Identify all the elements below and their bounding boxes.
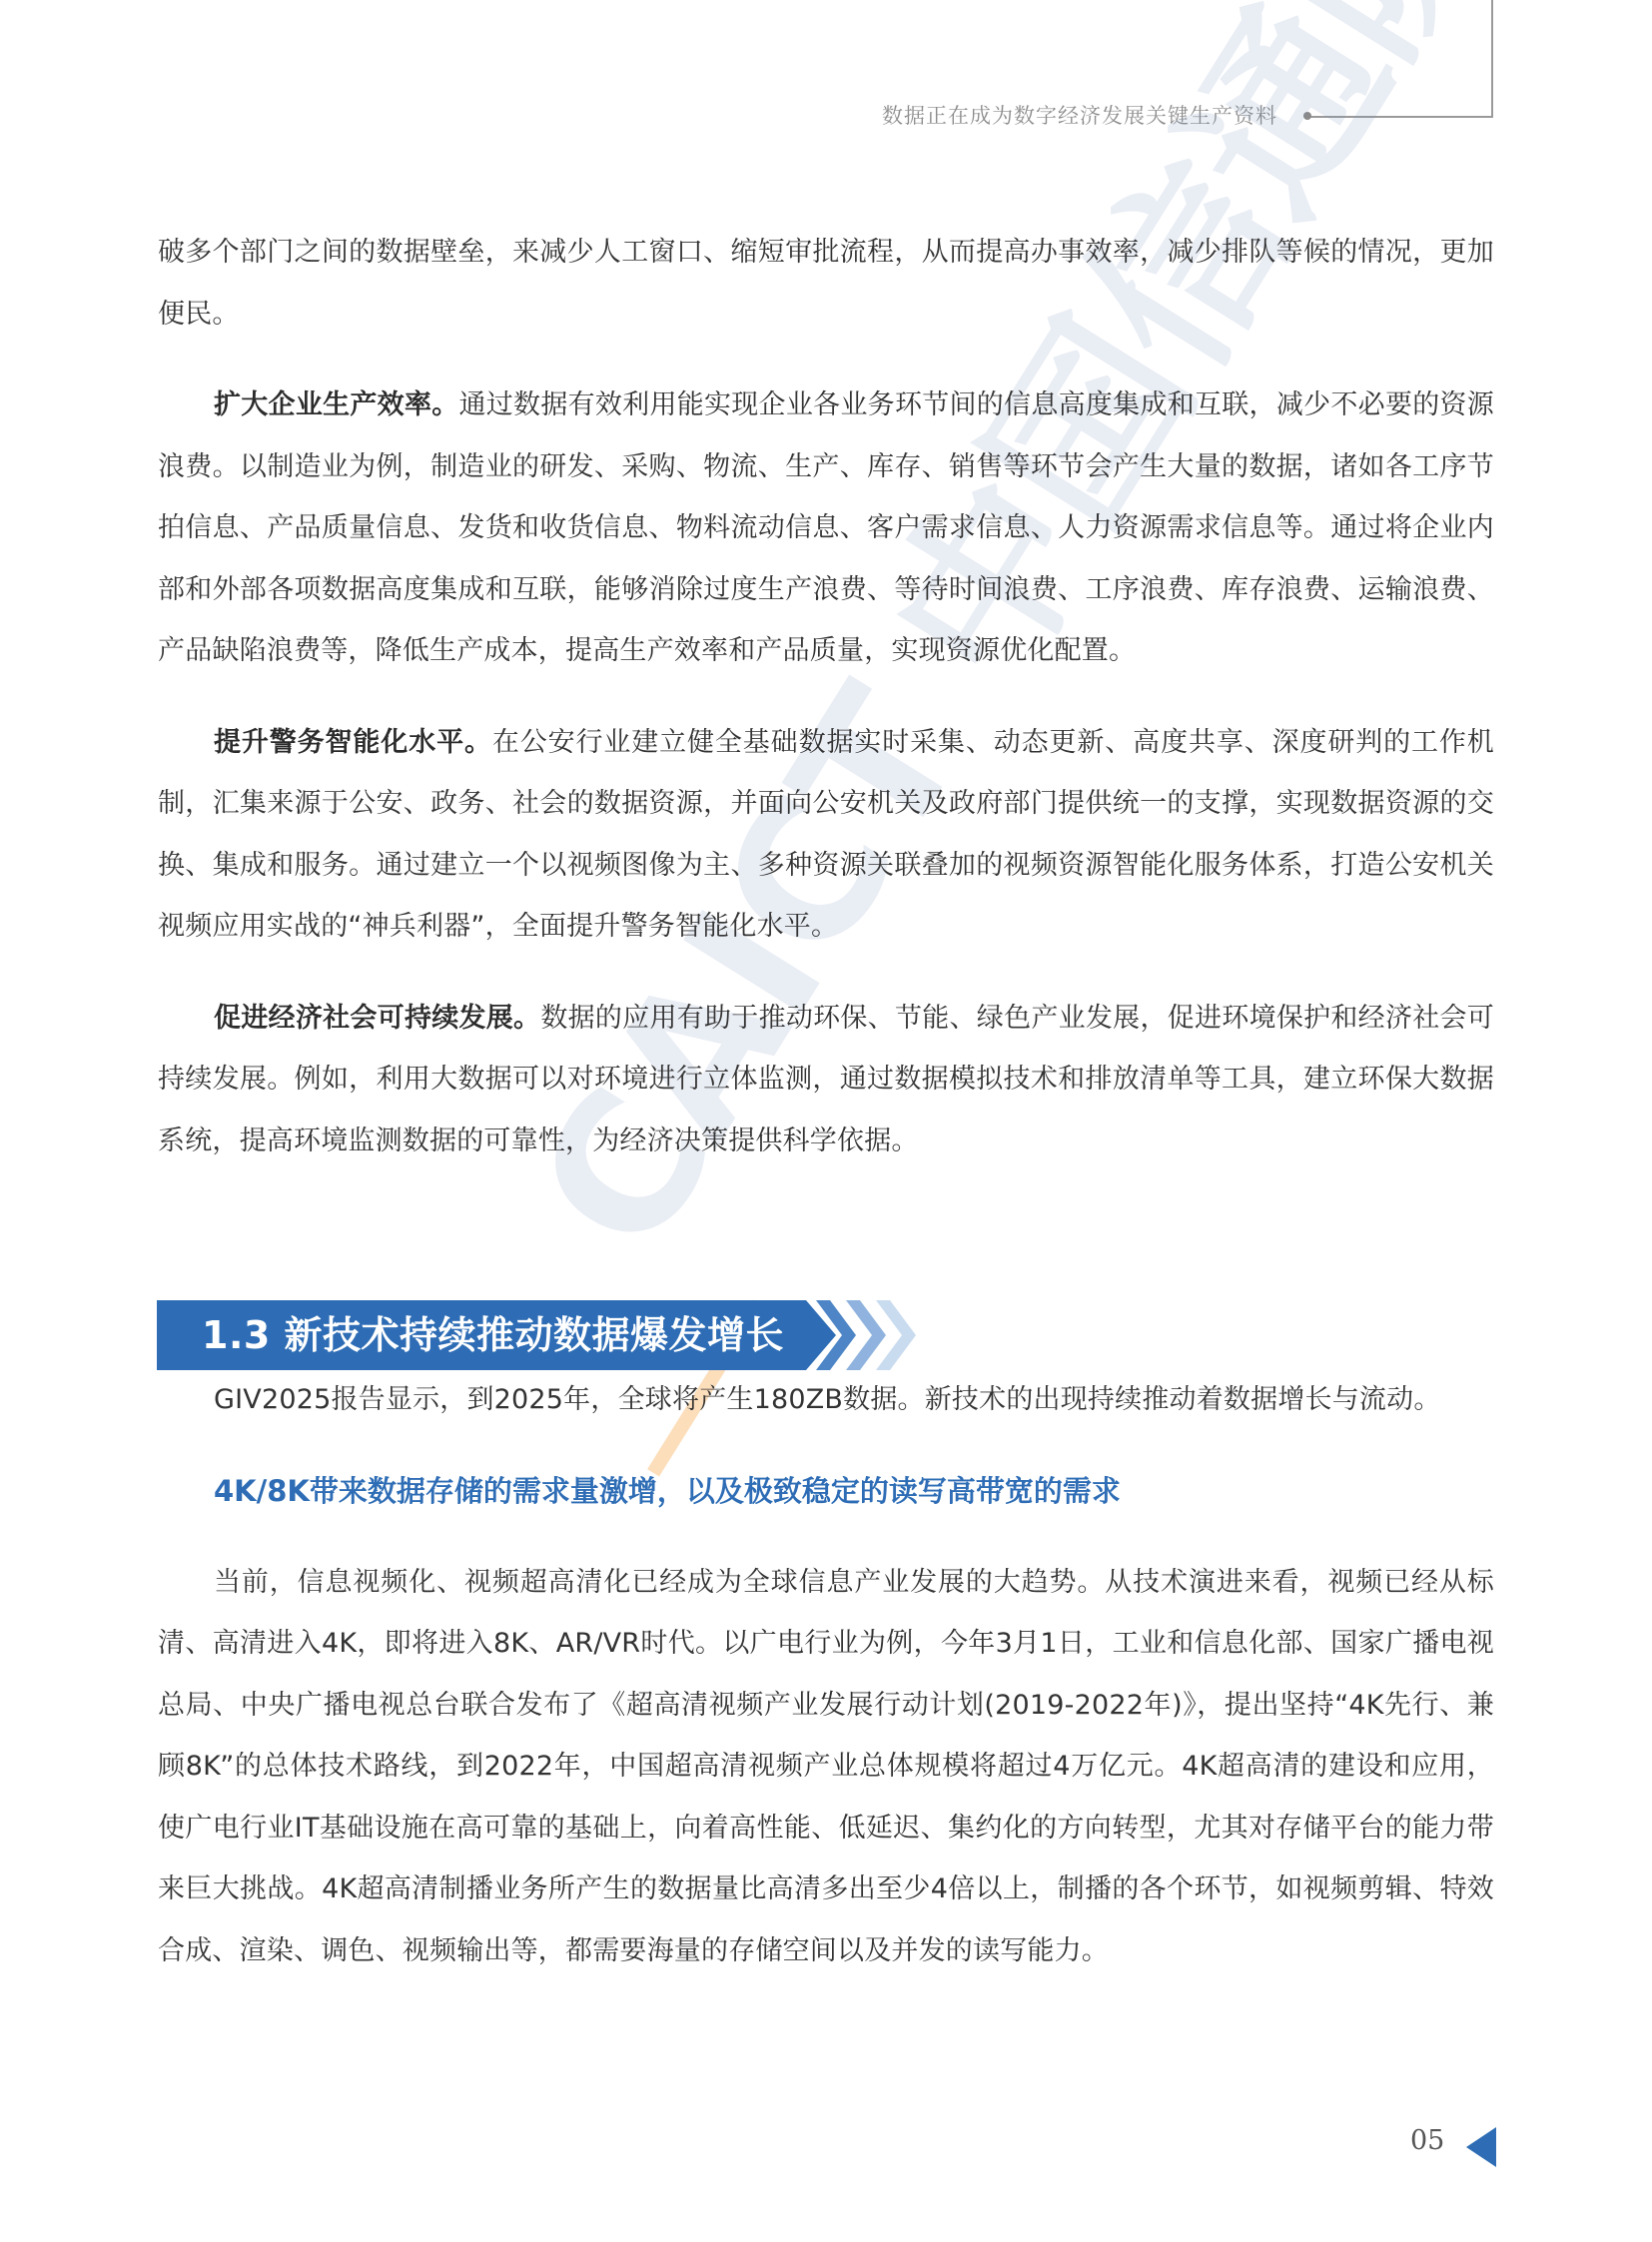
paragraph-text: 通过数据有效利用能实现企业各业务环节间的信息高度集成和互联，减少不必要的资源浪费… [158,389,1494,666]
paragraph-bold-lead: 促进经济社会可持续发展。 [214,1003,540,1034]
section-banner: 1.3 新技术持续推动数据爆发增长 [157,1300,916,1370]
section-subheading: 4K/8K带来数据存储的需求量激增，以及极致稳定的读写高带宽的需求 [214,1461,1494,1522]
triangle-left-icon [1466,2127,1496,2167]
paragraph-text: 破多个部门之间的数据壁垒，来减少人工窗口、缩短审批流程，从而提高办事效率，减少排… [158,237,1494,330]
running-header-title: 数据正在成为数字经济发展关键生产资料 [882,100,1277,130]
paragraph-police-intelligence: 提升警务智能化水平。在公安行业建立健全基础数据实时采集、动态更新、高度共享、深度… [158,712,1494,958]
paragraph-enterprise-efficiency: 扩大企业生产效率。通过数据有效利用能实现企业各业务环节间的信息高度集成和互联，减… [158,374,1494,682]
header-frame-vertical-line [1491,0,1493,118]
page-number: 05 [1410,2125,1444,2156]
paragraph-bold-lead: 提升警务智能化水平。 [214,727,492,758]
header-frame-horizontal-line [1308,116,1493,118]
section-title: 1.3 新技术持续推动数据爆发增长 [202,1300,784,1370]
paragraph-bold-lead: 扩大企业生产效率。 [214,389,459,420]
paragraph-continued: 破多个部门之间的数据壁垒，来减少人工窗口、缩短审批流程，从而提高办事效率，减少排… [158,222,1494,345]
section-intro: GIV2025报告显示，到2025年，全球将产生180ZB数据。新技术的出现持续… [158,1369,1494,1431]
paragraph-sustainable-development: 促进经济社会可持续发展。数据的应用有助于推动环保、节能、绿色产业发展，促进环境保… [158,988,1494,1172]
page-content: 破多个部门之间的数据壁垒，来减少人工窗口、缩短审批流程，从而提高办事效率，减少排… [158,222,1494,2011]
paragraph-text: 在公安行业建立健全基础数据实时采集、动态更新、高度共享、深度研判的工作机制，汇集… [158,727,1494,943]
header-dot-icon [1303,112,1311,120]
section-body: 当前，信息视频化、视频超高清化已经成为全球信息产业发展的大趋势。从技术演进来看，… [158,1552,1494,1982]
